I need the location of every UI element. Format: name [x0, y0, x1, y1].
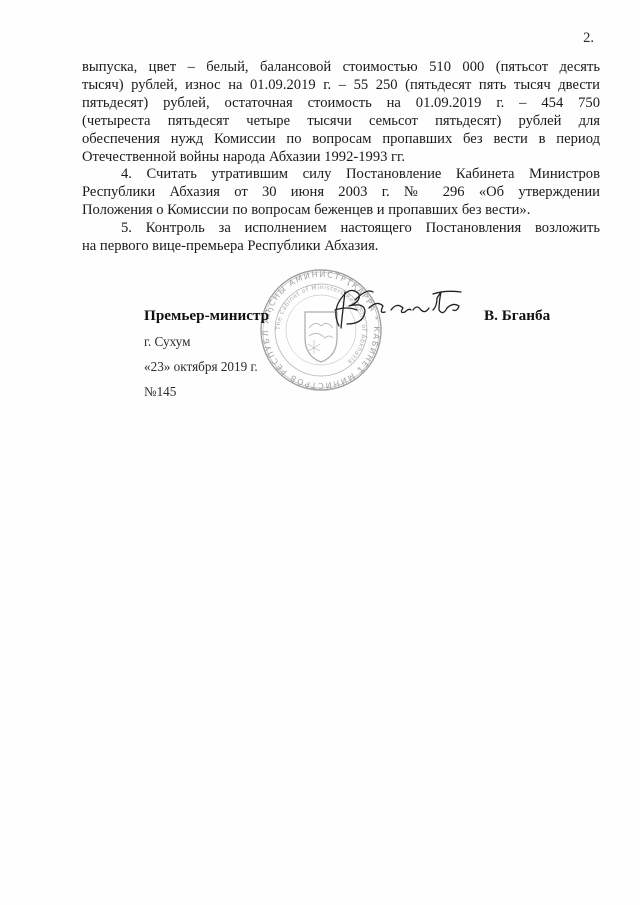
text-line: Республики Абхазия от 30 июня 2003 г. № …: [82, 184, 600, 202]
text-line: обеспечения нужд Комиссии по вопросам пр…: [82, 131, 600, 149]
text-line: 4. Считать утратившим силу Постановление…: [82, 166, 600, 184]
paragraph-continuation: выпуска, цвет – белый, балансовой стоимо…: [82, 59, 600, 166]
signatory-name: В. Бганба: [484, 307, 550, 325]
handwritten-signature-icon: [325, 280, 470, 335]
text-line: Положения о Комиссии по вопросам беженце…: [82, 202, 600, 220]
signatory-title: Премьер-министр: [144, 307, 269, 325]
text-line: выпуска, цвет – белый, балансовой стоимо…: [82, 59, 600, 77]
page-number: 2.: [583, 30, 594, 47]
text-line: пятьдесят) рублей, остаточная стоимость …: [82, 95, 600, 113]
text-line: тысяч) рублей, износ на 01.09.2019 г. – …: [82, 77, 600, 95]
text-line: на первого вице-премьера Республики Абха…: [82, 238, 600, 256]
text-line: Отечественной войны народа Абхазии 1992-…: [82, 149, 600, 167]
document-body: выпуска, цвет – белый, балансовой стоимо…: [82, 59, 600, 256]
document-page: 2. выпуска, цвет – белый, балансовой сто…: [0, 0, 640, 905]
document-date: «23» октября 2019 г.: [144, 359, 258, 375]
document-city: г. Сухум: [144, 334, 190, 350]
svg-text:*: *: [279, 366, 283, 374]
text-line: 5. Контроль за исполнением настоящего По…: [82, 220, 600, 238]
svg-text:*: *: [357, 366, 361, 374]
text-line: (четыреста пятьдесят четыре тысячи семьс…: [82, 113, 600, 131]
document-number: №145: [144, 384, 176, 400]
paragraph-item-4: 4. Считать утратившим силу Постановление…: [82, 166, 600, 220]
paragraph-item-5: 5. Контроль за исполнением настоящего По…: [82, 220, 600, 256]
